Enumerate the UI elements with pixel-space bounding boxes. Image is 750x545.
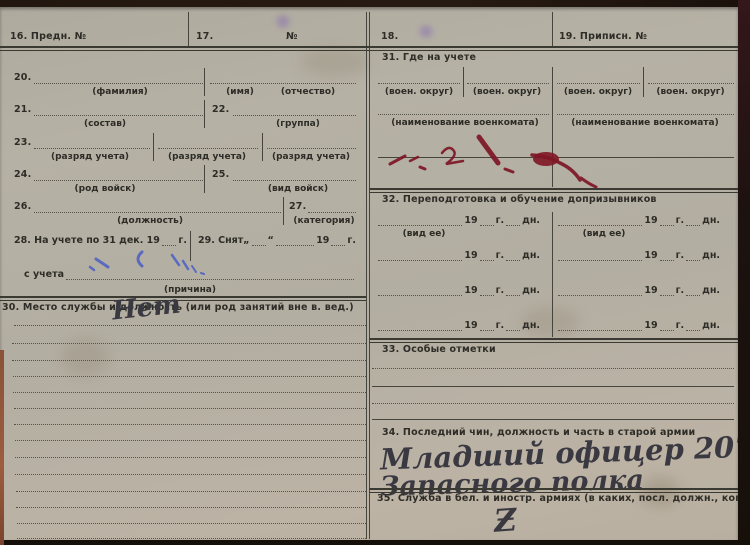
field32-blank [378, 252, 462, 261]
field29-label: 29. Снят [198, 236, 243, 246]
field23-line [158, 148, 258, 149]
field32-blank [558, 322, 642, 331]
field32-row: 19 г. дн. [376, 321, 540, 331]
field32-blank [506, 217, 520, 226]
field24-divider [204, 165, 205, 193]
field32-row: 19 г. дн. [556, 216, 720, 226]
field31-line [467, 83, 549, 84]
field32-blank [378, 322, 462, 331]
field16-label: 16. Предн. № [10, 32, 86, 42]
section33-rule [369, 338, 738, 343]
field32-row: 19 г. дн. [376, 216, 540, 226]
field32-row: 19 г. дн. [556, 251, 720, 261]
field23-line [34, 148, 150, 149]
field32-blank [660, 252, 674, 261]
field32-blank [686, 287, 700, 296]
field32-blank [686, 217, 700, 226]
field32-blank [378, 217, 462, 226]
field32-dn: дн. [702, 251, 720, 261]
field28-row: 28. На учете по 31 дек. 19 г. [14, 236, 187, 246]
field32-blank [506, 287, 520, 296]
field31-okrug-caption: (воен. округ) [556, 88, 640, 98]
field32-g: г. [676, 286, 685, 296]
ruled-line [14, 424, 366, 425]
purple-ink-smudge [414, 24, 438, 39]
field31-line [648, 83, 734, 84]
field32-row: 19 г. дн. [556, 286, 720, 296]
field29-blank [252, 237, 266, 246]
field32-blank [558, 287, 642, 296]
photo-background-bottom-edge [0, 540, 750, 545]
field31-okrug-caption: (воен. округ) [378, 88, 460, 98]
field33-line [372, 368, 734, 369]
field32-blank [480, 322, 494, 331]
field32-vid-caption: (вид ее) [572, 230, 636, 240]
field32-year: 19 [464, 216, 477, 226]
field32-row: 19 г. дн. [556, 321, 720, 331]
field21-caption: (состав) [40, 120, 170, 130]
field32-g: г. [496, 286, 505, 296]
field31-line [557, 114, 734, 115]
field33-line [372, 386, 734, 387]
field32-blank [558, 217, 642, 226]
field32-blank [480, 287, 494, 296]
field32-dn: дн. [702, 216, 720, 226]
field31-title: 31. Где на учете [382, 53, 476, 63]
field25-caption: (вид войск) [248, 185, 348, 195]
header-divider [188, 12, 189, 48]
field28-year-suffix: г. [178, 236, 187, 246]
field23-caption: (разряд учета) [40, 153, 140, 163]
field35-handwriting-mark: Ƶ [493, 502, 518, 539]
field22-number: 22. [212, 105, 229, 115]
ruled-line [17, 538, 366, 539]
field31-okrug-caption: (воен. округ) [466, 88, 548, 98]
field29-year: 19 [316, 236, 329, 246]
ruled-line [17, 523, 366, 524]
field32-row: 19 г. дн. [376, 286, 540, 296]
field32-year: 19 [644, 216, 657, 226]
field32-blank [506, 252, 520, 261]
field31-line [378, 114, 549, 115]
ruled-line [16, 507, 366, 508]
field20-line [34, 83, 203, 84]
field32-vid-caption: (вид ее) [392, 230, 456, 240]
field32-dn: дн. [522, 216, 540, 226]
field29-reason-row: с учета [24, 270, 356, 280]
field26-number: 26. [14, 202, 31, 212]
field32-divider [552, 212, 553, 337]
field26-divider [283, 197, 284, 225]
field21-line [34, 115, 203, 116]
field32-blank [378, 287, 462, 296]
ruled-line [13, 376, 366, 377]
field24-number: 24. [14, 170, 31, 180]
field32-blank [558, 252, 642, 261]
field35-title: 35. Служба в бел. и иностр. армиях (в ка… [377, 494, 750, 504]
purple-ink-smudge [272, 13, 294, 30]
field32-blank [660, 217, 674, 226]
center-divider [366, 12, 370, 539]
field32-blank [506, 322, 520, 331]
field25-number: 25. [212, 170, 229, 180]
field32-year: 19 [464, 251, 477, 261]
field32-dn: дн. [702, 286, 720, 296]
field20-caption-name: (имя) [210, 88, 270, 98]
paper-stain [300, 47, 370, 77]
field31-line [557, 83, 640, 84]
header-divider [552, 12, 553, 48]
ruled-line [15, 457, 366, 458]
field31-divider [643, 67, 644, 97]
field31-okrug-caption: (воен. округ) [647, 88, 734, 98]
ruled-line [15, 474, 366, 475]
field28-label: 28. На учете по 31 дек. 19 [14, 236, 160, 246]
field32-year: 19 [464, 286, 477, 296]
ruled-line [14, 408, 366, 409]
field29-open-quote: „ [243, 236, 249, 246]
field25-line [233, 180, 356, 181]
field32-g: г. [496, 251, 505, 261]
field20-divider [204, 68, 205, 96]
field29-row: 29. Снят „ “ 19 г. [198, 236, 356, 246]
field32-year: 19 [644, 286, 657, 296]
ruled-line [13, 392, 366, 393]
field32-year: 19 [644, 251, 657, 261]
section32-rule [369, 188, 738, 193]
field32-year: 19 [644, 321, 657, 331]
ruled-line [16, 491, 366, 492]
field23-number: 23. [14, 138, 31, 148]
field29-reason-prefix: с учета [24, 270, 64, 280]
card-left-edge-red [0, 350, 4, 545]
field31-line [378, 83, 460, 84]
field24-line [34, 180, 203, 181]
field32-blank [480, 217, 494, 226]
field21-divider [204, 100, 205, 128]
field32-dn: дн. [522, 251, 540, 261]
field26-line [34, 212, 281, 213]
field23-caption: (разряд учета) [266, 153, 356, 163]
field29-reason-blank [66, 271, 354, 280]
field18-label: 18. [381, 32, 398, 42]
field22-caption: (группа) [248, 120, 348, 130]
field31-divider [463, 67, 464, 97]
field32-year: 19 [464, 321, 477, 331]
field28-blank [162, 237, 177, 246]
field20-line [210, 83, 356, 84]
section30-rule [0, 296, 366, 301]
field23-divider [262, 133, 263, 161]
field32-g: г. [496, 216, 505, 226]
field22-line [233, 115, 356, 116]
field21-number: 21. [14, 105, 31, 115]
red-ink-scribble [382, 128, 622, 192]
field27-caption: (категория) [288, 217, 360, 227]
ruled-line [15, 440, 366, 441]
field23-caption: (разряд учета) [158, 153, 256, 163]
field32-dn: дн. [702, 321, 720, 331]
field29-close-quote: “ [268, 236, 274, 246]
field24-caption: (род войск) [40, 185, 170, 195]
field32-blank [660, 322, 674, 331]
field26-caption: (должность) [60, 217, 240, 227]
field27-line [308, 212, 356, 213]
field33-line [372, 403, 734, 404]
field17-number-sign: № [286, 32, 298, 42]
field33-title: 33. Особые отметки [382, 345, 496, 355]
field32-dn: дн. [522, 321, 540, 331]
header-rule [0, 46, 738, 51]
field32-g: г. [496, 321, 505, 331]
ruled-line [14, 325, 366, 326]
scanned-registration-card-photo: 16. Предн. № 17. № 18. 19. Приписн. № 20… [0, 0, 750, 545]
field20-caption-patronymic: (отчество) [272, 88, 344, 98]
ruled-line [12, 360, 366, 361]
field23-line [267, 148, 356, 149]
field32-g: г. [676, 321, 685, 331]
field32-title: 32. Переподготовка и обучение допризывни… [382, 195, 657, 205]
field27-number: 27. [289, 202, 306, 212]
field32-dn: дн. [522, 286, 540, 296]
field20-caption-surname: (фамилия) [40, 88, 200, 98]
ruled-line [12, 343, 366, 344]
field32-blank [480, 252, 494, 261]
field23-divider [153, 133, 154, 161]
field19-label: 19. Приписн. № [559, 32, 647, 42]
field32-g: г. [676, 216, 685, 226]
field32-blank [686, 322, 700, 331]
photo-background-right-edge [738, 0, 750, 545]
field33-line [372, 419, 734, 420]
field32-blank [660, 287, 674, 296]
field32-blank [686, 252, 700, 261]
field29-blank [331, 237, 345, 246]
field29-blank [276, 237, 314, 246]
field29-year-suffix: г. [347, 236, 356, 246]
field17-label: 17. [196, 32, 213, 42]
field20-number: 20. [14, 73, 31, 83]
field32-g: г. [676, 251, 685, 261]
field32-row: 19 г. дн. [376, 251, 540, 261]
